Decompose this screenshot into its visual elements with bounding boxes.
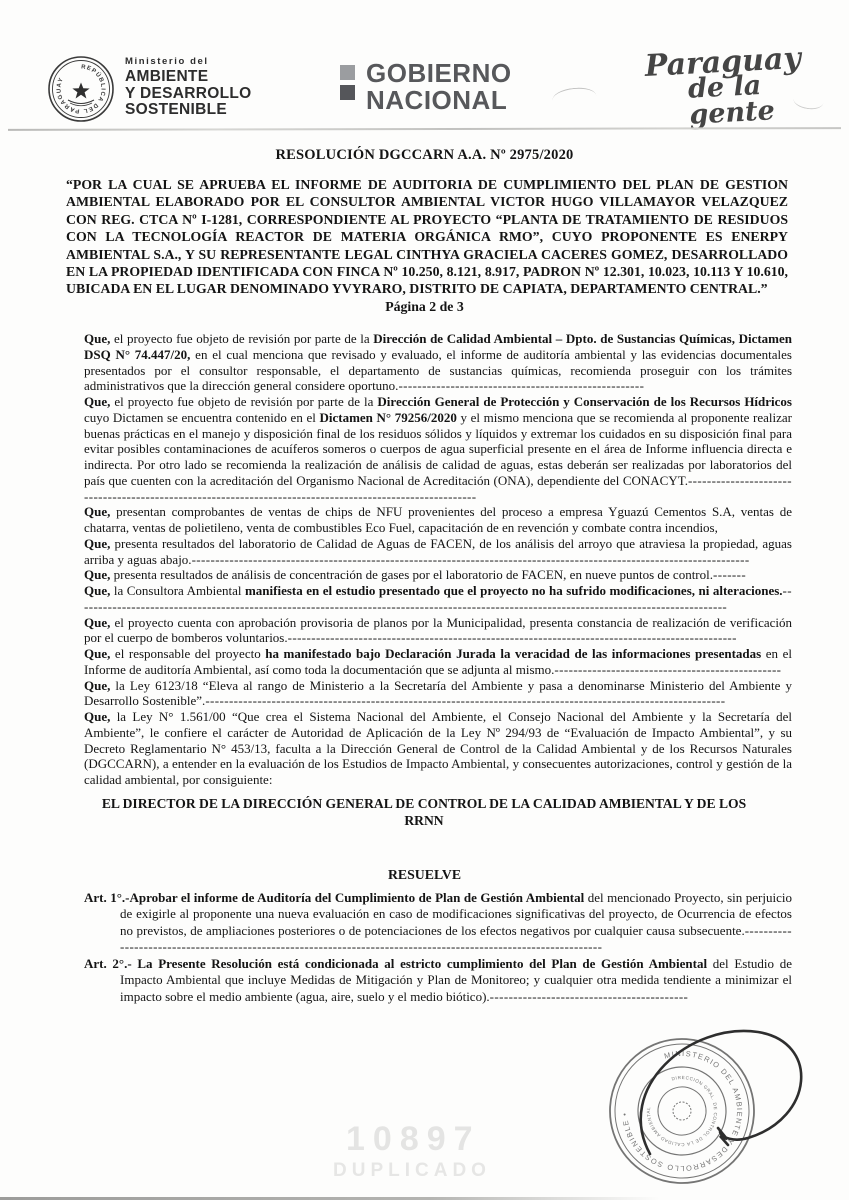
ministry-pre-label: Ministerio del bbox=[125, 56, 251, 67]
square-light-icon bbox=[340, 65, 355, 80]
recital-paragraph: Que, la Ley N° 1.561/00 “Que crea el Sis… bbox=[84, 709, 792, 788]
recital-paragraph: Que, la Ley 6123/18 “Eleva al rango de M… bbox=[84, 678, 792, 710]
gobierno-line1: GOBIERNO bbox=[366, 60, 512, 87]
square-dark-icon bbox=[340, 85, 355, 100]
recital-paragraph: Que, la Consultora Ambiental manifiesta … bbox=[84, 583, 792, 615]
scan-artifact bbox=[552, 86, 597, 102]
articles-section: Art. 1°.-Aprobar el informe de Auditoría… bbox=[84, 890, 792, 1006]
resolution-document-page: REPÚBLICA DEL PARAGUAY Ministerio del AM… bbox=[0, 0, 849, 1200]
watermark-label: DUPLICADO bbox=[333, 1160, 491, 1182]
star-icon bbox=[72, 83, 89, 99]
svg-text:DIRECCIÓN GRAL. DE CONTROL DE: DIRECCIÓN GRAL. DE CONTROL DE LA CALIDAD… bbox=[637, 1066, 728, 1157]
paraguay-slogan: Paraguay de la gente bbox=[644, 41, 838, 131]
gobierno-squares-icon bbox=[340, 60, 355, 114]
recital-paragraph: Que, el proyecto cuenta con aprobación p… bbox=[84, 615, 792, 647]
recital-paragraph: Que, presenta resultados de análisis de … bbox=[84, 567, 792, 583]
official-stamp: MINISTERIO DEL AMBIENTE Y DESARROLLO SOS… bbox=[572, 1016, 827, 1200]
ministry-logo: REPÚBLICA DEL PARAGUAY Ministerio del AM… bbox=[46, 54, 251, 124]
gobierno-text: GOBIERNO NACIONAL bbox=[366, 60, 512, 114]
paraguay-seal-icon: REPÚBLICA DEL PARAGUAY bbox=[46, 54, 116, 124]
director-heading: EL DIRECTOR DE LA DIRECCIÓN GENERAL DE C… bbox=[99, 795, 749, 829]
recitals-section: Que, el proyecto fue objeto de revisión … bbox=[84, 331, 792, 788]
watermark-number: 10897 bbox=[346, 1120, 481, 1159]
recital-paragraph: Que, el proyecto fue objeto de revisión … bbox=[84, 394, 792, 504]
ministry-name-line1: AMBIENTE bbox=[125, 69, 251, 86]
resolve-heading: RESUELVE bbox=[0, 867, 849, 883]
recital-paragraph: Que, presenta resultados del laboratorio… bbox=[84, 536, 792, 568]
recital-paragraph: Que, el responsable del proyecto ha mani… bbox=[84, 646, 792, 678]
gobierno-line2: NACIONAL bbox=[366, 87, 512, 114]
header-divider bbox=[8, 127, 841, 131]
article-1: Art. 1°.-Aprobar el informe de Auditoría… bbox=[84, 890, 792, 955]
ministry-name: Ministerio del AMBIENTE Y DESARROLLO SOS… bbox=[125, 54, 251, 124]
recital-paragraph: Que, el proyecto fue objeto de revisión … bbox=[84, 331, 792, 394]
svg-text:MINISTERIO DEL AMBIENTE Y DESA: MINISTERIO DEL AMBIENTE Y DESARROLLO SOS… bbox=[604, 1033, 760, 1189]
article-2: Art. 2°.- La Presente Resolución está co… bbox=[84, 956, 792, 1005]
page-indicator: Página 2 de 3 bbox=[0, 299, 849, 315]
recital-paragraph: Que, presentan comprobantes de ventas de… bbox=[84, 504, 792, 536]
gobierno-nacional-logo: GOBIERNO NACIONAL bbox=[340, 60, 512, 114]
ministry-name-line3: SOSTENIBLE bbox=[125, 102, 251, 119]
slogan-line2: de la gente bbox=[687, 69, 838, 129]
resolution-title: RESOLUCIÓN DGCCARN A.A. Nº 2975/2020 bbox=[0, 147, 849, 164]
ministry-name-line2: Y DESARROLLO bbox=[125, 86, 251, 103]
resolution-subject: “POR LA CUAL SE APRUEBA EL INFORME DE AU… bbox=[66, 176, 788, 298]
stamp-seal-icon: MINISTERIO DEL AMBIENTE Y DESARROLLO SOS… bbox=[591, 1020, 772, 1196]
